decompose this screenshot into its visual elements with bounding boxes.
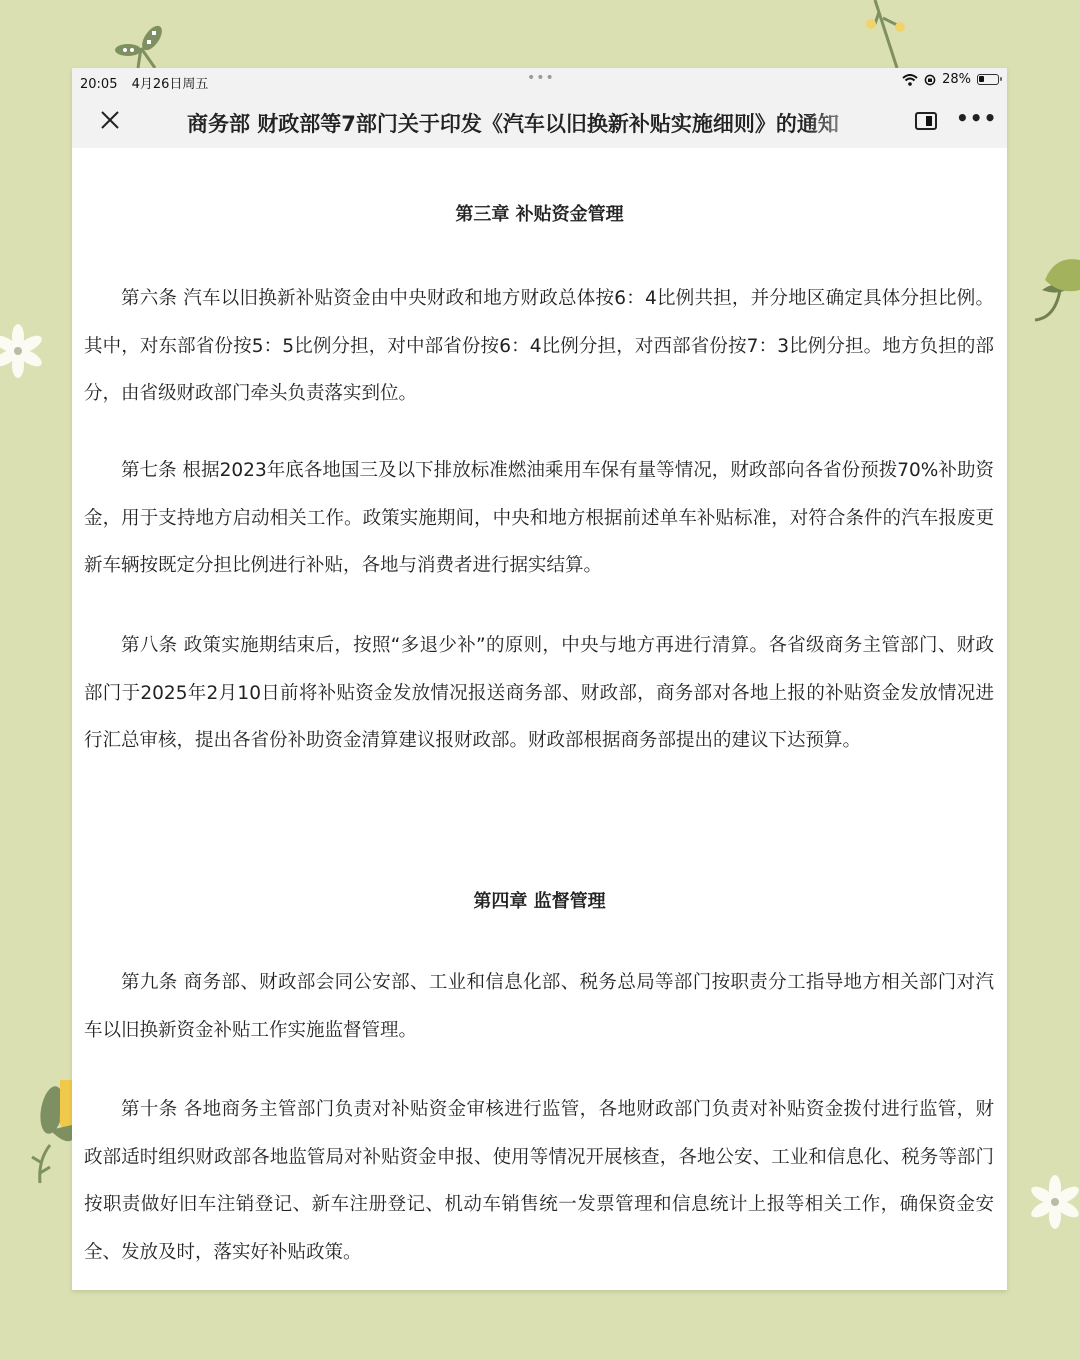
article-paragraph: 第六条 汽车以旧换新补贴资金由中央财政和地方财政总体按6：4比例共担，并分地区确… <box>84 275 994 418</box>
white-flower-right-icon <box>1025 1170 1080 1240</box>
battery-icon <box>977 74 999 85</box>
article-paragraph: 第十条 各地商务主管部门负责对补贴资金审核进行监管，各地财政部门负责对补贴资金拨… <box>84 1086 994 1276</box>
window-icon-inner <box>926 116 932 126</box>
close-icon[interactable] <box>96 106 124 134</box>
tulip-decoration-icon <box>20 1075 72 1185</box>
chapter-heading: 第四章 监督管理 <box>72 887 1007 913</box>
wifi-icon <box>902 74 918 86</box>
status-left: 20:05 4月26日周五 <box>80 73 218 92</box>
article-paragraph: 第八条 政策实施期结束后，按照“多退少补”的原则，中央与地方再进行清算。各省级商… <box>84 622 994 765</box>
status-time: 20:05 <box>80 77 117 92</box>
chapter-heading: 第三章 补贴资金管理 <box>72 200 1007 226</box>
branch-decoration-icon <box>845 0 915 70</box>
status-bar: 20:05 4月26日周五 ••• 28% <box>72 68 1007 94</box>
battery-percent: 28% <box>942 72 971 87</box>
leaf-sprout-decoration-icon <box>105 20 175 70</box>
multitask-dots-icon[interactable]: ••• <box>527 70 555 86</box>
green-flower-right-icon <box>1030 250 1080 330</box>
page-title: 商务部 财政部等7部门关于印发《汽车以旧换新补贴实施细则》的通知 <box>187 108 887 136</box>
screenshot-frame: 20:05 4月26日周五 ••• 28% 商务部 财政部等7部门关于印发《汽车… <box>72 68 1007 1290</box>
orientation-lock-icon <box>924 74 936 86</box>
article-paragraph: 第九条 商务部、财政部会同公安部、工业和信息化部、税务总局等部门按职责分工指导地… <box>84 959 994 1054</box>
white-flower-left-icon <box>0 315 50 385</box>
status-date: 4月26日周五 <box>132 77 209 92</box>
article-paragraph: 第七条 根据2023年底各地国三及以下排放标准燃油乘用车保有量等情况，财政部向各… <box>84 447 994 590</box>
nav-bar: 商务部 财政部等7部门关于印发《汽车以旧换新补贴实施细则》的通知 ••• <box>72 94 1007 148</box>
status-right: 28% <box>902 72 999 87</box>
floating-window-button[interactable] <box>915 112 937 130</box>
more-options-button[interactable]: ••• <box>956 106 997 130</box>
